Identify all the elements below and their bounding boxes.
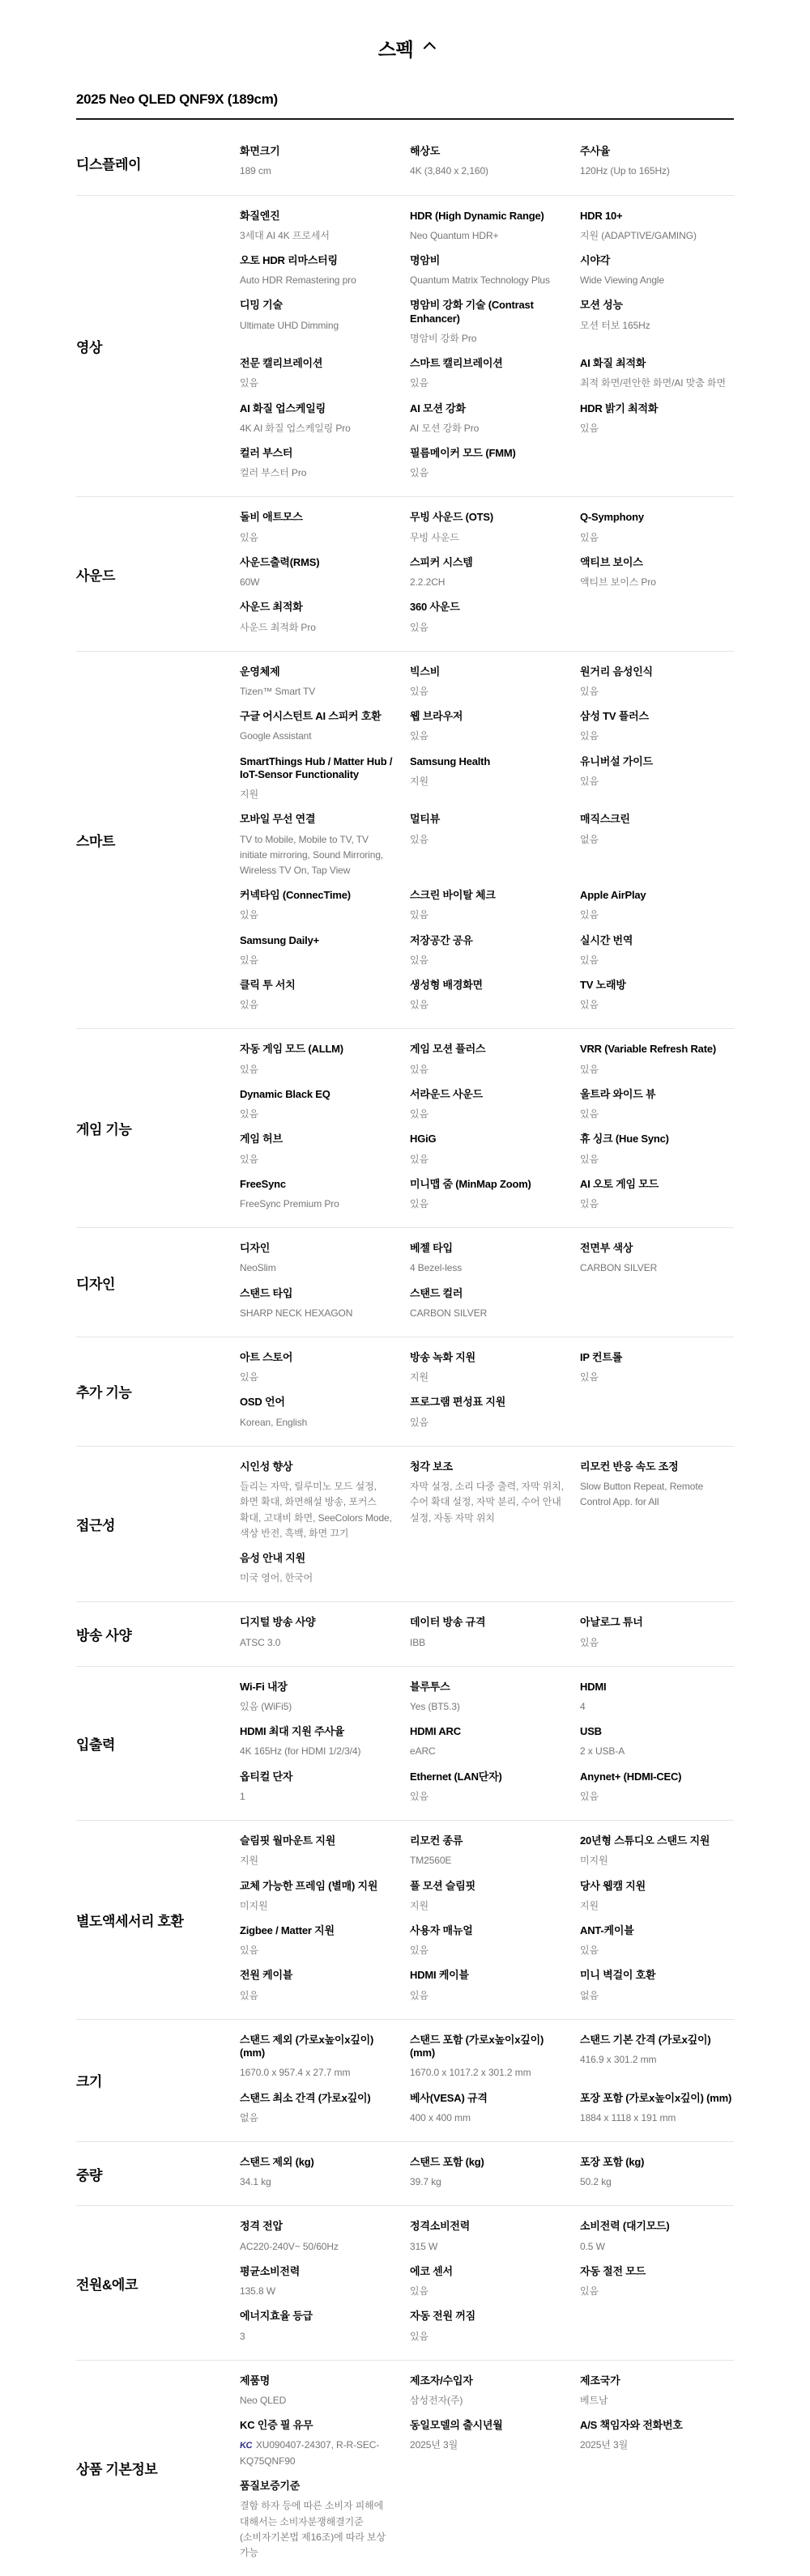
spec-value: Yes (BT5.3) bbox=[410, 1699, 564, 1715]
chevron-up-icon bbox=[424, 42, 437, 55]
spec-value: 있음 bbox=[240, 1062, 394, 1078]
spec-label: 포장 포함 (kg) bbox=[580, 2156, 734, 2169]
spec-label: VRR (Variable Refresh Rate) bbox=[580, 1043, 734, 1056]
spec-value: 베트남 bbox=[580, 2393, 734, 2408]
spec-label: A/S 책임자와 전화번호 bbox=[580, 2419, 734, 2432]
spec-label: 포장 포함 (가로x높이x깊이) (mm) bbox=[580, 2092, 734, 2105]
spec-value: 있음 bbox=[410, 1062, 564, 1078]
section-name-power-eco: 전원&에코 bbox=[76, 2273, 240, 2302]
section-items-video: 화질엔진3세대 AI 4K 프로세서HDR (High Dynamic Rang… bbox=[240, 210, 734, 492]
spec-label: 베사(VESA) 규격 bbox=[410, 2092, 564, 2105]
spec-section-io: 입출력Wi-Fi 내장있음 (WiFi5)블루투스Yes (BT5.3)HDMI… bbox=[76, 1667, 734, 1821]
spec-label: 게임 모션 플러스 bbox=[410, 1043, 564, 1056]
spec-label: 시야각 bbox=[580, 254, 734, 267]
spec-label: 스크린 바이탈 체크 bbox=[410, 889, 564, 902]
spec-label: HDMI bbox=[580, 1681, 734, 1694]
spec-section-accessory-compatibility: 별도액세서리 호환슬림핏 월마운트 지원지원리모컨 종류TM2560E20년형 … bbox=[76, 1821, 734, 2020]
spec-value: AI 모션 강화 Pro bbox=[410, 421, 564, 436]
spec-item: 생성형 배경화면있음 bbox=[410, 979, 564, 1013]
spec-value: AC220-240V~ 50/60Hz bbox=[240, 2239, 394, 2255]
spec-value: 지원 bbox=[410, 1370, 564, 1385]
spec-item: 시야각Wide Viewing Angle bbox=[580, 254, 734, 288]
spec-value: 있음 bbox=[580, 1107, 734, 1122]
spec-item: 청각 보조자막 설정, 소리 다중 출력, 자막 위치, 수어 확대 설정, 자… bbox=[410, 1460, 564, 1541]
spec-item: Dynamic Black EQ있음 bbox=[240, 1088, 394, 1122]
spec-label: 리모컨 반응 속도 조정 bbox=[580, 1460, 734, 1473]
spec-item: 멀티뷰있음 bbox=[410, 813, 564, 878]
section-items-accessibility: 시인성 향상들리는 자막, 릴루미노 모드 설정, 화면 확대, 화면해설 방송… bbox=[240, 1460, 734, 1596]
spec-item: 동일모델의 출시년월2025년 3월 bbox=[410, 2419, 564, 2469]
spec-label: 명암비 bbox=[410, 254, 564, 267]
spec-value: ATSC 3.0 bbox=[240, 1635, 394, 1651]
spec-label: 커넥타임 (ConnecTime) bbox=[240, 889, 394, 902]
spec-value: 39.7 kg bbox=[410, 2174, 564, 2190]
spec-label: 웹 브라우저 bbox=[410, 710, 564, 723]
spec-item: 모바일 무선 연결TV to Mobile, Mobile to TV, TV … bbox=[240, 813, 394, 878]
spec-value: 3세대 AI 4K 프로세서 bbox=[240, 228, 394, 244]
section-name-design: 디자인 bbox=[76, 1273, 240, 1302]
spec-item: HDR 밝기 최적화있음 bbox=[580, 402, 734, 436]
spec-value: 지원 bbox=[240, 787, 394, 802]
spec-label: 스탠드 타입 bbox=[240, 1287, 394, 1300]
spec-item: 실시간 번역있음 bbox=[580, 934, 734, 968]
spec-value: 있음 bbox=[580, 421, 734, 436]
spec-value: 1 bbox=[240, 1789, 394, 1804]
section-items-sound: 돌비 애트모스있음무빙 사운드 (OTS)무빙 사운드Q-Symphony있음사… bbox=[240, 511, 734, 645]
spec-label: 제조자/수입자 bbox=[410, 2374, 564, 2387]
spec-label: AI 모션 강화 bbox=[410, 402, 564, 415]
spec-section-display: 디스플레이화면크기189 cm해상도4K (3,840 x 2,160)주사율1… bbox=[76, 131, 734, 195]
spec-section-sound: 사운드돌비 애트모스있음무빙 사운드 (OTS)무빙 사운드Q-Symphony… bbox=[76, 497, 734, 651]
spec-value: 34.1 kg bbox=[240, 2174, 394, 2190]
section-name-sound: 사운드 bbox=[76, 564, 240, 593]
spec-item: 디밍 기술Ultimate UHD Dimming bbox=[240, 299, 394, 346]
spec-value: 있음 bbox=[410, 1789, 564, 1804]
spec-section-broadcast-spec: 방송 사양디지털 방송 사양ATSC 3.0데이터 방송 규격IBB아날로그 튜… bbox=[76, 1602, 734, 1666]
spec-item: 명암비Quantum Matrix Technology Plus bbox=[410, 254, 564, 288]
spec-item: 슬림핏 월마운트 지원지원 bbox=[240, 1834, 394, 1868]
spec-value: 2 x USB-A bbox=[580, 1744, 734, 1759]
section-items-size: 스탠드 제외 (가로x높이x깊이)(mm)1670.0 x 957.4 x 27… bbox=[240, 2034, 734, 2136]
section-items-weight: 스탠드 제외 (kg)34.1 kg스탠드 포함 (kg)39.7 kg포장 포… bbox=[240, 2156, 734, 2200]
section-items-game-features: 자동 게임 모드 (ALLM)있음게임 모션 플러스있음VRR (Variabl… bbox=[240, 1043, 734, 1222]
spec-label: 해상도 bbox=[410, 145, 564, 158]
spec-value: 있음 bbox=[410, 620, 564, 635]
spec-value: 없음 bbox=[240, 2111, 394, 2126]
spec-label: 스탠드 포함 (가로x높이x깊이) (mm) bbox=[410, 2034, 564, 2060]
spec-item: Wi-Fi 내장있음 (WiFi5) bbox=[240, 1681, 394, 1715]
spec-item: FreeSyncFreeSync Premium Pro bbox=[240, 1178, 394, 1212]
spec-label: 360 사운드 bbox=[410, 601, 564, 614]
spec-value: 무빙 사운드 bbox=[410, 530, 564, 546]
spec-label: 디자인 bbox=[240, 1242, 394, 1255]
spec-label: 저장공간 공유 bbox=[410, 934, 564, 947]
spec-item: 구글 어시스턴트 AI 스피커 호환Google Assistant bbox=[240, 710, 394, 744]
spec-label: 무빙 사운드 (OTS) bbox=[410, 511, 564, 524]
spec-label: Samsung Daily+ bbox=[240, 934, 394, 947]
spec-label: 베젤 타입 bbox=[410, 1242, 564, 1255]
spec-value: 없음 bbox=[580, 1988, 734, 2004]
spec-value: 있음 bbox=[580, 1062, 734, 1078]
spec-section-accessibility: 접근성시인성 향상들리는 자막, 릴루미노 모드 설정, 화면 확대, 화면해설… bbox=[76, 1447, 734, 1602]
spec-accordion-header: 스펙 bbox=[0, 0, 810, 62]
section-items-product-basic-info: 제품명Neo QLED제조자/수입자삼성전자(주)제조국가베트남KC 인증 필 … bbox=[240, 2374, 734, 2571]
spec-item: 방송 녹화 지원지원 bbox=[410, 1351, 564, 1385]
spec-item: 스탠드 기본 간격 (가로x깊이)416.9 x 301.2 mm bbox=[580, 2034, 734, 2081]
spec-item: VRR (Variable Refresh Rate)있음 bbox=[580, 1043, 734, 1077]
spec-item: 평균소비전력135.8 W bbox=[240, 2265, 394, 2299]
spec-label: 생성형 배경화면 bbox=[410, 979, 564, 992]
spec-value: 50.2 kg bbox=[580, 2174, 734, 2190]
spec-label: TV 노래방 bbox=[580, 979, 734, 992]
spec-value: 결함 하자 등에 따른 소비자 피해에 대해서는 소비자분쟁해결기준(소비자기본… bbox=[240, 2498, 394, 2561]
spec-label: 게임 허브 bbox=[240, 1133, 394, 1146]
spec-value: 있음 bbox=[410, 729, 564, 744]
spec-section-smart: 스마트운영체제Tizen™ Smart TV빅스비있음원거리 음성인식있음구글 … bbox=[76, 652, 734, 1030]
section-items-smart: 운영체제Tizen™ Smart TV빅스비있음원거리 음성인식있음구글 어시스… bbox=[240, 665, 734, 1024]
spec-value: 있음 bbox=[240, 908, 394, 923]
spec-item: 데이터 방송 규격IBB bbox=[410, 1616, 564, 1650]
spec-label: 제품명 bbox=[240, 2374, 394, 2387]
spec-item: AI 모션 강화AI 모션 강화 Pro bbox=[410, 402, 564, 436]
spec-label: 스탠드 제외 (kg) bbox=[240, 2156, 394, 2169]
spec-value: 있음 bbox=[580, 774, 734, 789]
spec-label: 데이터 방송 규격 bbox=[410, 1616, 564, 1629]
spec-label: ANT-케이블 bbox=[580, 1924, 734, 1937]
spec-label: AI 화질 업스케일링 bbox=[240, 402, 394, 415]
spec-label: 빅스비 bbox=[410, 665, 564, 678]
spec-value: 지원 bbox=[240, 1853, 394, 1868]
spec-item: 자동 게임 모드 (ALLM)있음 bbox=[240, 1043, 394, 1077]
spec-item: 매직스크린없음 bbox=[580, 813, 734, 878]
spec-item: 품질보증기준결함 하자 등에 따른 소비자 피해에 대해서는 소비자분쟁해결기준… bbox=[240, 2480, 394, 2561]
spec-item: 모션 성능모션 터보 165Hz bbox=[580, 299, 734, 346]
spec-item: 미니 벽걸이 호환없음 bbox=[580, 1969, 734, 2003]
spec-label: IP 컨트롤 bbox=[580, 1351, 734, 1364]
spec-label: 풀 모션 슬림핏 bbox=[410, 1880, 564, 1893]
spec-item: 옵티컬 단자1 bbox=[240, 1770, 394, 1804]
spec-label: 블루투스 bbox=[410, 1681, 564, 1694]
spec-value: Neo QLED bbox=[240, 2393, 394, 2408]
product-title: 2025 Neo QLED QNF9X (189cm) bbox=[76, 91, 734, 120]
spec-item: 음성 안내 지원미국 영어, 한국어 bbox=[240, 1552, 394, 1586]
spec-value: 1670.0 x 1017.2 x 301.2 mm bbox=[410, 2065, 564, 2081]
spec-label: 디지털 방송 사양 bbox=[240, 1616, 394, 1629]
spec-label: AI 오토 게임 모드 bbox=[580, 1178, 734, 1191]
spec-item: 스피커 시스템2.2.2CH bbox=[410, 556, 564, 590]
spec-item: 에너지효율 등급3 bbox=[240, 2310, 394, 2344]
spec-item: 풀 모션 슬림핏지원 bbox=[410, 1880, 564, 1914]
spec-label: 디밍 기술 bbox=[240, 299, 394, 312]
spec-item: 게임 모션 플러스있음 bbox=[410, 1043, 564, 1077]
spec-label: 스마트 캘리브레이션 bbox=[410, 357, 564, 370]
spec-item: IP 컨트롤있음 bbox=[580, 1351, 734, 1385]
spec-item: HDMI 최대 지원 주사율4K 165Hz (for HDMI 1/2/3/4… bbox=[240, 1725, 394, 1759]
spec-value: 4K AI 화질 업스케일링 Pro bbox=[240, 421, 394, 436]
spec-label: 스피커 시스템 bbox=[410, 556, 564, 569]
spec-value: 있음 bbox=[240, 953, 394, 968]
spec-label: SmartThings Hub / Matter Hub / IoT-Senso… bbox=[240, 755, 394, 782]
spec-value: 있음 bbox=[580, 1635, 734, 1651]
spec-value: 자막 설정, 소리 다중 출력, 자막 위치, 수어 확대 설정, 자막 분리,… bbox=[410, 1479, 564, 1526]
spec-value: 있음 bbox=[240, 376, 394, 391]
spec-label: 화질엔진 bbox=[240, 210, 394, 223]
spec-value: 있음 bbox=[410, 997, 564, 1013]
spec-value: TM2560E bbox=[410, 1853, 564, 1868]
spec-value: 있음 bbox=[580, 1943, 734, 1958]
spec-label: 컬러 부스터 bbox=[240, 447, 394, 460]
spec-value: 모션 터보 165Hz bbox=[580, 318, 734, 334]
spec-value: IBB bbox=[410, 1635, 564, 1651]
spec-label: 스탠드 제외 (가로x높이x깊이)(mm) bbox=[240, 2034, 394, 2060]
spec-header-title: 스펙 bbox=[378, 35, 413, 62]
spec-item: A/S 책임자와 전화번호2025년 3월 bbox=[580, 2419, 734, 2469]
spec-value: Google Assistant bbox=[240, 729, 394, 744]
spec-label: 화면크기 bbox=[240, 145, 394, 158]
spec-item: 360 사운드있음 bbox=[410, 601, 564, 635]
spec-value: 액티브 보이스 Pro bbox=[580, 575, 734, 590]
spec-item: 유니버설 가이드있음 bbox=[580, 755, 734, 803]
spec-value: 있음 bbox=[240, 1107, 394, 1122]
section-name-accessibility: 접근성 bbox=[76, 1514, 240, 1543]
spec-label: HDR (High Dynamic Range) bbox=[410, 210, 564, 223]
spec-item: 사용자 매뉴얼있음 bbox=[410, 1924, 564, 1958]
spec-item: 사운드출력(RMS)60W bbox=[240, 556, 394, 590]
spec-value: Tizen™ Smart TV bbox=[240, 684, 394, 699]
spec-label: 품질보증기준 bbox=[240, 2480, 394, 2493]
spec-value: 들리는 자막, 릴루미노 모드 설정, 화면 확대, 화면해설 방송, 포커스 … bbox=[240, 1479, 394, 1541]
spec-item: 정격소비전력315 W bbox=[410, 2220, 564, 2254]
spec-label: 필름메이커 모드 (FMM) bbox=[410, 447, 564, 460]
spec-value: 있음 bbox=[240, 997, 394, 1013]
spec-value: 미지원 bbox=[580, 1853, 734, 1868]
spec-item: 서라운드 사운드있음 bbox=[410, 1088, 564, 1122]
spec-item: 베사(VESA) 규격400 x 400 mm bbox=[410, 2092, 564, 2126]
spec-section-design: 디자인디자인NeoSlim베젤 타입4 Bezel-less전면부 색상CARB… bbox=[76, 1228, 734, 1337]
spec-label: 정격 전압 bbox=[240, 2220, 394, 2233]
spec-item: 스탠드 컬러CARBON SILVER bbox=[410, 1287, 564, 1321]
spec-item: 자동 전원 꺼짐있음 bbox=[410, 2310, 564, 2344]
spec-item: 리모컨 반응 속도 조정Slow Button Repeat, Remote C… bbox=[580, 1460, 734, 1541]
section-name-accessory-compatibility: 별도액세서리 호환 bbox=[76, 1910, 240, 1939]
spec-label: 청각 보조 bbox=[410, 1460, 564, 1473]
spec-label: 자동 게임 모드 (ALLM) bbox=[240, 1043, 394, 1056]
spec-value: 3 bbox=[240, 2329, 394, 2344]
spec-item: AI 오토 게임 모드있음 bbox=[580, 1178, 734, 1212]
spec-value: 컬러 부스터 Pro bbox=[240, 465, 394, 481]
section-name-broadcast-spec: 방송 사양 bbox=[76, 1624, 240, 1653]
spec-label: 사운드 최적화 bbox=[240, 601, 394, 614]
spec-label: 모바일 무선 연결 bbox=[240, 813, 394, 826]
spec-label: 오토 HDR 리마스터링 bbox=[240, 254, 394, 267]
spec-label: HGiG bbox=[410, 1133, 564, 1146]
spec-label: HDMI ARC bbox=[410, 1725, 564, 1738]
spec-item: 전원 케이블있음 bbox=[240, 1969, 394, 2003]
spec-value: 189 cm bbox=[240, 164, 394, 179]
spec-label: 사용자 매뉴얼 bbox=[410, 1924, 564, 1937]
spec-value: 있음 bbox=[240, 1152, 394, 1167]
section-name-io: 입출력 bbox=[76, 1733, 240, 1762]
spec-item: SmartThings Hub / Matter Hub / IoT-Senso… bbox=[240, 755, 394, 803]
spec-item: 제조국가베트남 bbox=[580, 2374, 734, 2408]
spec-value: 있음 bbox=[410, 2329, 564, 2344]
spec-section-power-eco: 전원&에코정격 전압AC220-240V~ 50/60Hz정격소비전력315 W… bbox=[76, 2206, 734, 2360]
spec-item: 정격 전압AC220-240V~ 50/60Hz bbox=[240, 2220, 394, 2254]
spec-label: 리모컨 종류 bbox=[410, 1834, 564, 1847]
spec-item: 스탠드 제외 (kg)34.1 kg bbox=[240, 2156, 394, 2190]
spec-item: 당사 웹캠 지원지원 bbox=[580, 1880, 734, 1914]
spec-value: NeoSlim bbox=[240, 1260, 394, 1276]
spec-value: 있음 bbox=[410, 908, 564, 923]
spec-item: Q-Symphony있음 bbox=[580, 511, 734, 545]
spec-label: 울트라 와이드 뷰 bbox=[580, 1088, 734, 1101]
spec-value: 있음 bbox=[580, 684, 734, 699]
spec-item: HDMI 케이블있음 bbox=[410, 1969, 564, 2003]
spec-item: 울트라 와이드 뷰있음 bbox=[580, 1088, 734, 1122]
spec-item: 제조자/수입자삼성전자(주) bbox=[410, 2374, 564, 2408]
spec-item: Ethernet (LAN단자)있음 bbox=[410, 1770, 564, 1804]
spec-label: 옵티컬 단자 bbox=[240, 1770, 394, 1783]
spec-value: 있음 bbox=[410, 2284, 564, 2299]
spec-value: 1884 x 1118 x 191 mm bbox=[580, 2111, 734, 2126]
spec-value: 315 W bbox=[410, 2239, 564, 2255]
section-name-product-basic-info: 상품 기본정보 bbox=[76, 2458, 240, 2487]
spec-value: KCXU090407-24307, R-R-SEC-KQ75QNF90 bbox=[240, 2438, 394, 2469]
spec-item: 블루투스Yes (BT5.3) bbox=[410, 1681, 564, 1715]
spec-value: TV to Mobile, Mobile to TV, TV initiate … bbox=[240, 832, 394, 879]
spec-label: 클릭 투 서치 bbox=[240, 979, 394, 992]
spec-value: 있음 bbox=[410, 832, 564, 848]
spec-item: 자동 절전 모드있음 bbox=[580, 2265, 734, 2299]
section-items-design: 디자인NeoSlim베젤 타입4 Bezel-less전면부 색상CARBON … bbox=[240, 1242, 734, 1332]
section-items-power-eco: 정격 전압AC220-240V~ 50/60Hz정격소비전력315 W소비전력 … bbox=[240, 2220, 734, 2354]
spec-value: SHARP NECK HEXAGON bbox=[240, 1306, 394, 1321]
spec-item: 주사율120Hz (Up to 165Hz) bbox=[580, 145, 734, 179]
section-name-game-features: 게임 기능 bbox=[76, 1118, 240, 1147]
spec-section-game-features: 게임 기능자동 게임 모드 (ALLM)있음게임 모션 플러스있음VRR (Va… bbox=[76, 1029, 734, 1228]
spec-label: 제조국가 bbox=[580, 2374, 734, 2387]
spec-section-size: 크기스탠드 제외 (가로x높이x깊이)(mm)1670.0 x 957.4 x … bbox=[76, 2020, 734, 2142]
spec-value: 있음 bbox=[580, 1152, 734, 1167]
spec-value: Korean, English bbox=[240, 1415, 394, 1430]
spec-item: 디지털 방송 사양ATSC 3.0 bbox=[240, 1616, 394, 1650]
spec-value: 4 Bezel-less bbox=[410, 1260, 564, 1276]
spec-item: 포장 포함 (가로x높이x깊이) (mm)1884 x 1118 x 191 m… bbox=[580, 2092, 734, 2126]
spec-label: Dynamic Black EQ bbox=[240, 1088, 394, 1101]
spec-label: 슬림핏 월마운트 지원 bbox=[240, 1834, 394, 1847]
spec-value: 있음 bbox=[580, 997, 734, 1013]
spec-label: 실시간 번역 bbox=[580, 934, 734, 947]
spec-value: 있음 bbox=[580, 530, 734, 546]
spec-accordion-toggle-button[interactable]: 스펙 bbox=[373, 34, 437, 62]
spec-value: 삼성전자(주) bbox=[410, 2393, 564, 2408]
kc-certification-icon: KC bbox=[239, 2439, 253, 2454]
section-name-size: 크기 bbox=[76, 2070, 240, 2099]
spec-value: FreeSync Premium Pro bbox=[240, 1197, 394, 1212]
spec-value: 있음 bbox=[580, 1197, 734, 1212]
spec-item: 프로그램 편성표 지원있음 bbox=[410, 1396, 564, 1430]
spec-section-additional-features: 추가 기능아트 스토어있음방송 녹화 지원지원IP 컨트롤있음OSD 언어Kor… bbox=[76, 1337, 734, 1447]
spec-item: 명암비 강화 기술 (Contrast Enhancer)명암비 강화 Pro bbox=[410, 299, 564, 346]
spec-item: 베젤 타입4 Bezel-less bbox=[410, 1242, 564, 1276]
spec-value: 있음 bbox=[410, 1415, 564, 1430]
spec-item: 디자인NeoSlim bbox=[240, 1242, 394, 1276]
spec-value: 있음 bbox=[240, 1988, 394, 2004]
spec-item: 웹 브라우저있음 bbox=[410, 710, 564, 744]
spec-section-product-basic-info: 상품 기본정보제품명Neo QLED제조자/수입자삼성전자(주)제조국가베트남K… bbox=[76, 2361, 734, 2576]
spec-value: 있음 bbox=[410, 684, 564, 699]
section-items-broadcast-spec: 디지털 방송 사양ATSC 3.0데이터 방송 규격IBB아날로그 튜너있음 bbox=[240, 1616, 734, 1660]
section-items-display: 화면크기189 cm해상도4K (3,840 x 2,160)주사율120Hz … bbox=[240, 145, 734, 189]
spec-label: 시인성 향상 bbox=[240, 1460, 394, 1473]
spec-item: 전면부 색상CARBON SILVER bbox=[580, 1242, 734, 1276]
section-name-video: 영상 bbox=[76, 336, 240, 365]
spec-item: 해상도4K (3,840 x 2,160) bbox=[410, 145, 564, 179]
spec-item: 돌비 애트모스있음 bbox=[240, 511, 394, 545]
spec-value: 4K 165Hz (for HDMI 1/2/3/4) bbox=[240, 1744, 394, 1759]
spec-value: Ultimate UHD Dimming bbox=[240, 318, 394, 334]
spec-item: 스탠드 포함 (kg)39.7 kg bbox=[410, 2156, 564, 2190]
spec-label: 당사 웹캠 지원 bbox=[580, 1880, 734, 1893]
spec-item: 저장공간 공유있음 bbox=[410, 934, 564, 968]
spec-label: Samsung Health bbox=[410, 755, 564, 768]
spec-label: 전면부 색상 bbox=[580, 1242, 734, 1255]
spec-item: 삼성 TV 플러스있음 bbox=[580, 710, 734, 744]
spec-value: 있음 bbox=[240, 1370, 394, 1385]
spec-value: 4 bbox=[580, 1699, 734, 1715]
spec-body: 2025 Neo QLED QNF9X (189cm) 디스플레이화면크기189… bbox=[76, 91, 734, 2576]
spec-item: HDR (High Dynamic Range)Neo Quantum HDR+ bbox=[410, 210, 564, 244]
spec-item: TV 노래방있음 bbox=[580, 979, 734, 1013]
spec-item: Zigbee / Matter 지원있음 bbox=[240, 1924, 394, 1958]
spec-item: 액티브 보이스액티브 보이스 Pro bbox=[580, 556, 734, 590]
spec-label: AI 화질 최적화 bbox=[580, 357, 734, 370]
spec-item: 스탠드 타입SHARP NECK HEXAGON bbox=[240, 1287, 394, 1321]
spec-label: 삼성 TV 플러스 bbox=[580, 710, 734, 723]
spec-label: 스탠드 최소 간격 (가로x깊이) bbox=[240, 2092, 394, 2105]
spec-item: HGiG있음 bbox=[410, 1133, 564, 1167]
spec-value: 있음 bbox=[580, 1370, 734, 1385]
spec-item: 스탠드 포함 (가로x높이x깊이) (mm)1670.0 x 1017.2 x … bbox=[410, 2034, 564, 2081]
spec-item: AI 화질 최적화최적 화면/편안한 화면/AI 맞춤 화면 bbox=[580, 357, 734, 391]
spec-section-weight: 중량스탠드 제외 (kg)34.1 kg스탠드 포함 (kg)39.7 kg포장… bbox=[76, 2142, 734, 2206]
spec-item: Samsung Daily+있음 bbox=[240, 934, 394, 968]
spec-label: 미니맵 줌 (MinMap Zoom) bbox=[410, 1178, 564, 1191]
spec-value: 있음 bbox=[410, 1943, 564, 1958]
spec-value: 명암비 강화 Pro bbox=[410, 331, 564, 346]
spec-label: 사운드출력(RMS) bbox=[240, 556, 394, 569]
spec-label: 전문 캘리브레이션 bbox=[240, 357, 394, 370]
spec-item: 아트 스토어있음 bbox=[240, 1351, 394, 1385]
spec-item: 포장 포함 (kg)50.2 kg bbox=[580, 2156, 734, 2190]
spec-label: Wi-Fi 내장 bbox=[240, 1681, 394, 1694]
spec-label: 전원 케이블 bbox=[240, 1969, 394, 1982]
spec-item: 게임 허브있음 bbox=[240, 1133, 394, 1167]
spec-value: 최적 화면/편안한 화면/AI 맞춤 화면 bbox=[580, 376, 734, 391]
spec-value: Auto HDR Remastering pro bbox=[240, 273, 394, 288]
spec-item: 사운드 최적화사운드 최적화 Pro bbox=[240, 601, 394, 635]
spec-value: 있음 bbox=[580, 1789, 734, 1804]
spec-label: 매직스크린 bbox=[580, 813, 734, 826]
spec-label: 원거리 음성인식 bbox=[580, 665, 734, 678]
spec-item: 휴 싱크 (Hue Sync)있음 bbox=[580, 1133, 734, 1167]
spec-value: 120Hz (Up to 165Hz) bbox=[580, 164, 734, 179]
spec-value: 있음 bbox=[580, 908, 734, 923]
spec-item: 스크린 바이탈 체크있음 bbox=[410, 889, 564, 923]
spec-value: 4K (3,840 x 2,160) bbox=[410, 164, 564, 179]
spec-label: 멀티뷰 bbox=[410, 813, 564, 826]
spec-label: 구글 어시스턴트 AI 스피커 호환 bbox=[240, 710, 394, 723]
